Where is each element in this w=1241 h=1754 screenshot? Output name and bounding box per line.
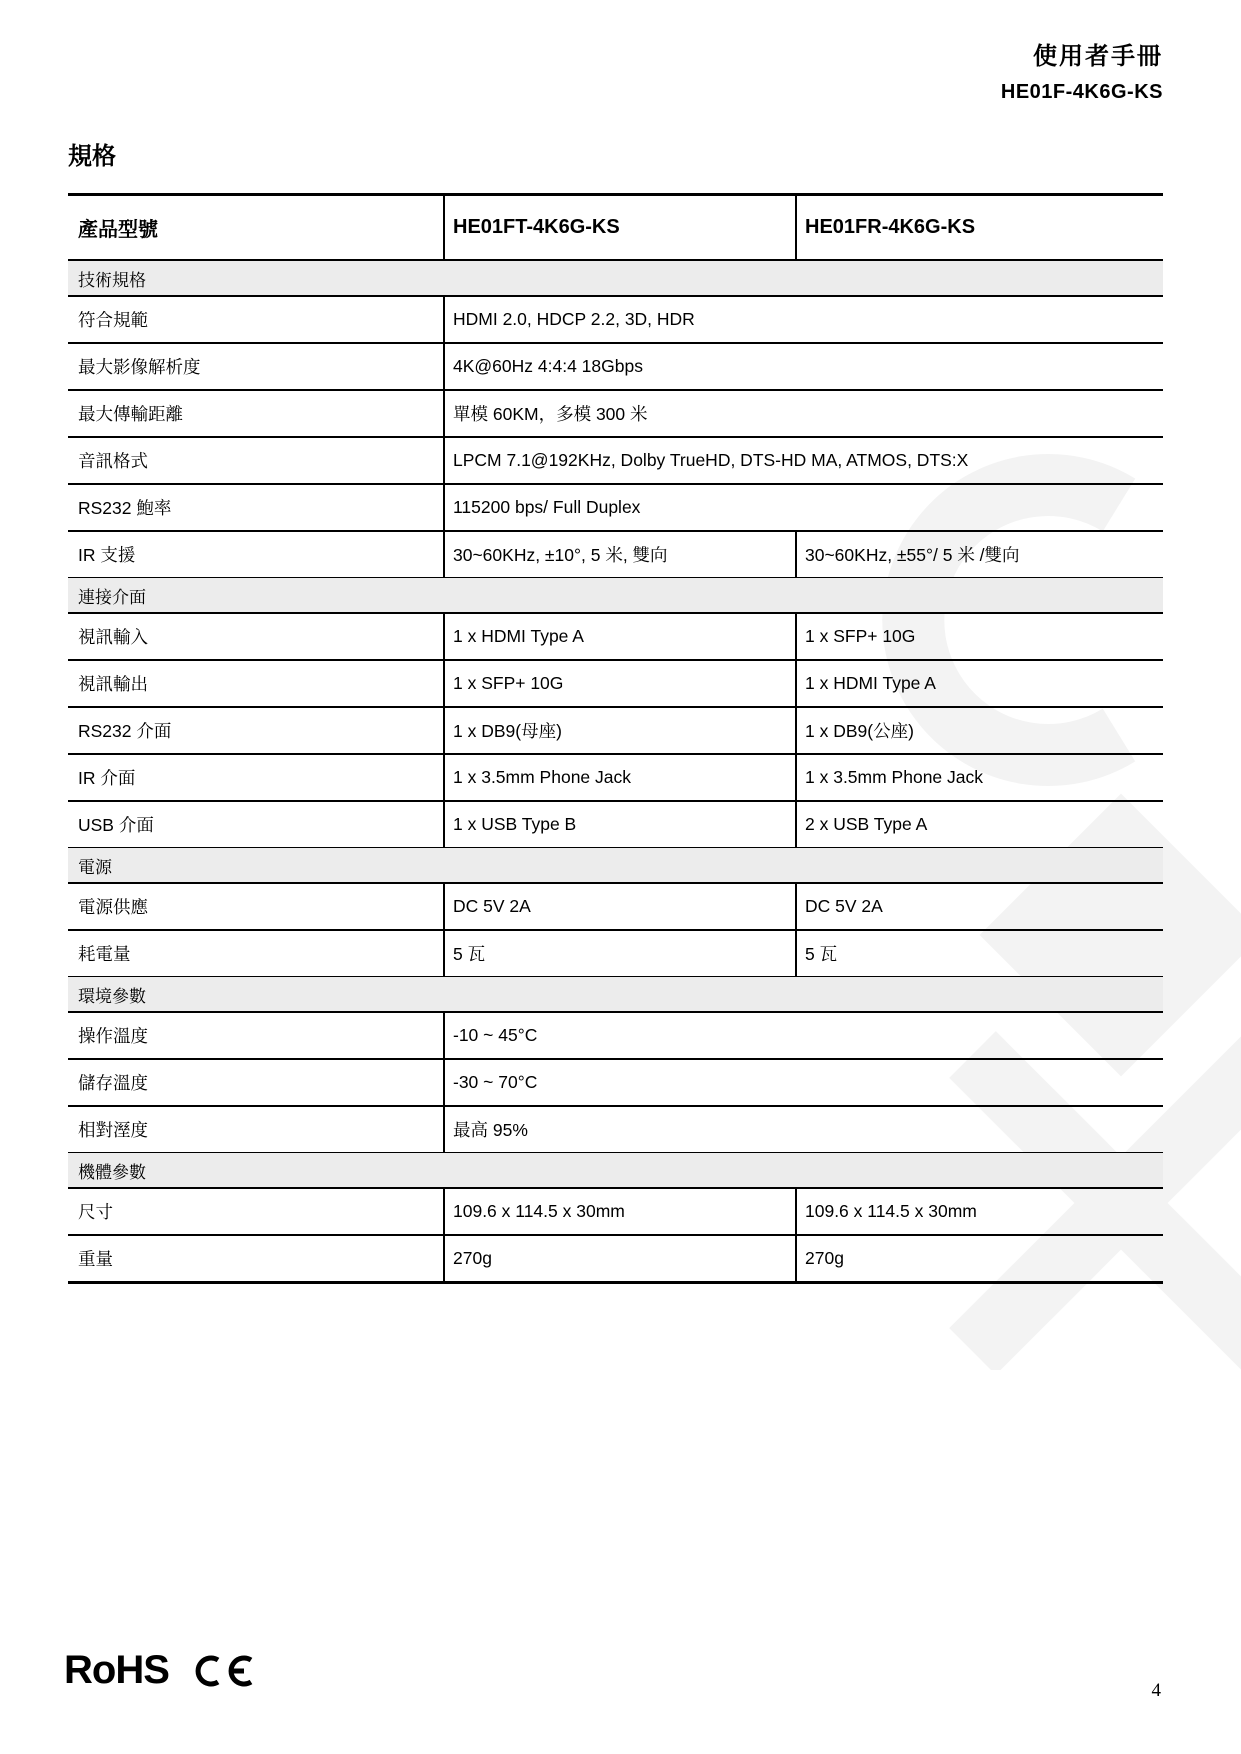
spec-value-cell: 115200 bps/ Full Duplex [443, 485, 1163, 530]
spec-table: 產品型號 HE01FT-4K6G-KS HE01FR-4K6G-KS 技術規格符… [68, 193, 1163, 1284]
table-row: 最大傳輸距離單模 60KM，多模 300 米 [68, 391, 1163, 438]
header-transmitter-model: HE01FT-4K6G-KS [443, 196, 795, 259]
spec-value-cell: 4K@60Hz 4:4:4 18Gbps [443, 344, 1163, 389]
spec-label-cell: USB 介面 [68, 802, 443, 847]
table-row: 儲存溫度-30 ~ 70°C [68, 1060, 1163, 1107]
table-row: 最大影像解析度4K@60Hz 4:4:4 18Gbps [68, 344, 1163, 391]
spec-label-cell: 視訊輸出 [68, 661, 443, 706]
manual-page: 使用者手冊 HE01F-4K6G-KS 規格 產品型號 HE01FT-4K6G-… [0, 0, 1241, 1754]
spec-label-cell: 最大傳輸距離 [68, 391, 443, 436]
table-row: RS232 介面1 x DB9(母座)1 x DB9(公座) [68, 708, 1163, 755]
spec-label-cell: 相對溼度 [68, 1107, 443, 1152]
spec-value-transmitter-cell: 30~60KHz, ±10°, 5 米, 雙向 [443, 532, 795, 577]
spec-label-cell: RS232 鮑率 [68, 485, 443, 530]
header-product-model: 產品型號 [68, 196, 443, 259]
spec-value-receiver-cell: 1 x HDMI Type A [795, 661, 1163, 706]
table-row: 操作溫度-10 ~ 45°C [68, 1013, 1163, 1060]
ce-mark-icon [191, 1654, 255, 1688]
table-row: 相對溼度最高 95% [68, 1107, 1163, 1153]
spec-value-transmitter-cell: 1 x HDMI Type A [443, 614, 795, 659]
spec-value-transmitter-cell: 1 x 3.5mm Phone Jack [443, 755, 795, 800]
spec-value-receiver-cell: 1 x 3.5mm Phone Jack [795, 755, 1163, 800]
section-band: 技術規格 [68, 261, 1163, 297]
footer-logos: RoHS [64, 1648, 255, 1693]
table-row: 耗電量5 瓦5 瓦 [68, 931, 1163, 977]
section-band: 連接介面 [68, 578, 1163, 614]
table-row: IR 支援30~60KHz, ±10°, 5 米, 雙向30~60KHz, ±5… [68, 532, 1163, 578]
spec-value-transmitter-cell: 5 瓦 [443, 931, 795, 976]
spec-value-cell: HDMI 2.0, HDCP 2.2, 3D, HDR [443, 297, 1163, 342]
table-row: 符合規範HDMI 2.0, HDCP 2.2, 3D, HDR [68, 297, 1163, 344]
section-band: 機體參數 [68, 1153, 1163, 1189]
spec-value-receiver-cell: 2 x USB Type A [795, 802, 1163, 847]
spec-label-cell: 最大影像解析度 [68, 344, 443, 389]
table-row: IR 介面1 x 3.5mm Phone Jack1 x 3.5mm Phone… [68, 755, 1163, 802]
spec-label-cell: RS232 介面 [68, 708, 443, 753]
spec-value-receiver-cell: 5 瓦 [795, 931, 1163, 976]
table-row: USB 介面1 x USB Type B2 x USB Type A [68, 802, 1163, 848]
model-number: HE01F-4K6G-KS [1001, 81, 1163, 104]
spec-label-cell: 電源供應 [68, 884, 443, 929]
section-band-title: 技術規格 [78, 266, 146, 291]
spec-label-cell: 符合規範 [68, 297, 443, 342]
spec-label-cell: 尺寸 [68, 1189, 443, 1234]
spec-value-transmitter-cell: 1 x SFP+ 10G [443, 661, 795, 706]
table-header-row: 產品型號 HE01FT-4K6G-KS HE01FR-4K6G-KS [68, 196, 1163, 261]
spec-value-transmitter-cell: 1 x DB9(母座) [443, 708, 795, 753]
spec-value-cell: -30 ~ 70°C [443, 1060, 1163, 1105]
spec-value-receiver-cell: 1 x SFP+ 10G [795, 614, 1163, 659]
spec-value-transmitter-cell: DC 5V 2A [443, 884, 795, 929]
table-row: 電源供應DC 5V 2ADC 5V 2A [68, 884, 1163, 931]
spec-label-cell: 視訊輸入 [68, 614, 443, 659]
spec-label-cell: 耗電量 [68, 931, 443, 976]
spec-value-receiver-cell: 109.6 x 114.5 x 30mm [795, 1189, 1163, 1234]
header-receiver-model: HE01FR-4K6G-KS [795, 196, 1163, 259]
spec-label-cell: IR 支援 [68, 532, 443, 577]
spec-value-cell: 最高 95% [443, 1107, 1163, 1152]
page-number: 4 [1152, 1680, 1162, 1702]
table-row: 重量270g270g [68, 1236, 1163, 1284]
spec-value-receiver-cell: 30~60KHz, ±55°/ 5 米 /雙向 [795, 532, 1163, 577]
section-band-title: 機體參數 [78, 1158, 146, 1183]
rohs-logo: RoHS [64, 1648, 169, 1693]
document-header: 使用者手冊 HE01F-4K6G-KS [1001, 36, 1163, 104]
spec-value-receiver-cell: 1 x DB9(公座) [795, 708, 1163, 753]
section-band-title: 電源 [78, 853, 112, 878]
page-title: 規格 [68, 136, 116, 171]
spec-value-receiver-cell: 270g [795, 1236, 1163, 1281]
spec-value-transmitter-cell: 270g [443, 1236, 795, 1281]
spec-label-cell: 操作溫度 [68, 1013, 443, 1058]
spec-value-cell: 單模 60KM，多模 300 米 [443, 391, 1163, 436]
spec-value-transmitter-cell: 109.6 x 114.5 x 30mm [443, 1189, 795, 1234]
table-row: 視訊輸入1 x HDMI Type A1 x SFP+ 10G [68, 614, 1163, 661]
spec-label-cell: 音訊格式 [68, 438, 443, 483]
section-band: 環境參數 [68, 977, 1163, 1013]
spec-value-receiver-cell: DC 5V 2A [795, 884, 1163, 929]
spec-value-cell: -10 ~ 45°C [443, 1013, 1163, 1058]
section-band: 電源 [68, 848, 1163, 884]
spec-label-cell: 儲存溫度 [68, 1060, 443, 1105]
section-band-title: 環境參數 [78, 982, 146, 1007]
spec-value-cell: LPCM 7.1@192KHz, Dolby TrueHD, DTS-HD MA… [443, 438, 1163, 483]
table-row: 尺寸109.6 x 114.5 x 30mm109.6 x 114.5 x 30… [68, 1189, 1163, 1236]
spec-label-cell: 重量 [68, 1236, 443, 1281]
spec-label-cell: IR 介面 [68, 755, 443, 800]
section-band-title: 連接介面 [78, 583, 146, 608]
manual-title: 使用者手冊 [1001, 36, 1163, 71]
table-row: 視訊輸出1 x SFP+ 10G1 x HDMI Type A [68, 661, 1163, 708]
spec-value-transmitter-cell: 1 x USB Type B [443, 802, 795, 847]
table-row: RS232 鮑率115200 bps/ Full Duplex [68, 485, 1163, 532]
table-row: 音訊格式LPCM 7.1@192KHz, Dolby TrueHD, DTS-H… [68, 438, 1163, 485]
